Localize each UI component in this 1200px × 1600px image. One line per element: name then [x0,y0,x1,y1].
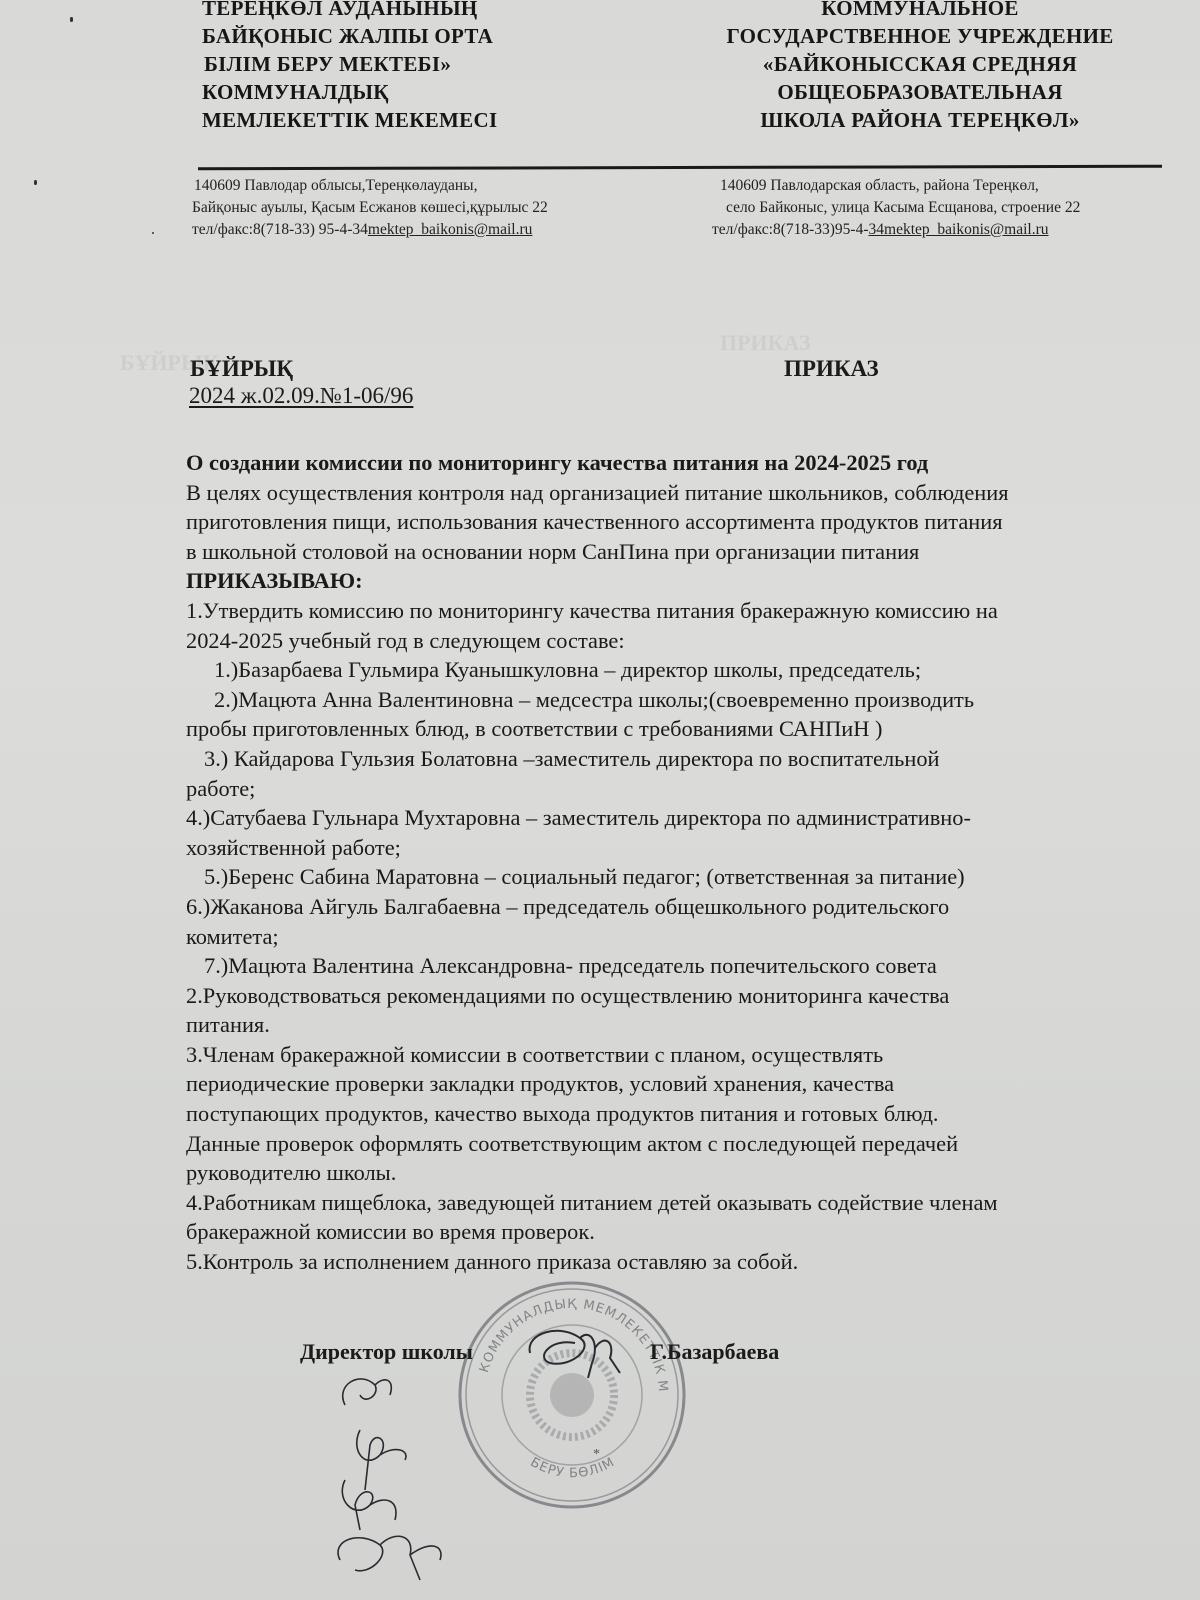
contact-line: тел/факс:8(718-33)95-4-34mektep_baikonis… [712,219,1080,241]
signatory-name: Г.Базарбаева [650,1339,779,1365]
document-page: ПРИКАЗ БҰЙРЫҚ ТЕРЕҢКӨЛ АУДАНЫНЫҢ БАЙҚОНЫ… [0,0,1200,1600]
member-6: 6.)Жаканова Айгуль Балгабаевна – председ… [186,892,1186,922]
header-kz-line: ТЕРЕҢКӨЛ АУДАНЫНЫҢ [202,0,497,22]
order-title-russian: ПРИКАЗ [784,356,879,382]
item-3-line: поступающих продуктов, качество выхода п… [186,1099,1186,1129]
preamble-line: В целях осуществления контроля над орган… [186,478,1186,508]
official-stamp-icon: КОММУНАЛДЫҚ МЕМЛЕКЕТТІК МЕКЕМЕСІ БЕРУ БӨ… [455,1278,690,1513]
preamble-line: в школьной столовой на основании норм Са… [186,537,1186,567]
order-body: О создании комиссии по мониторингу качес… [186,448,1186,1277]
header-ru-line: ГОСУДАРСТВЕННОЕ УЧРЕЖДЕНИЕ [700,22,1140,50]
item-3-line: руководителю школы. [186,1158,1186,1188]
item-3-line: Данные проверок оформлять соответствующи… [186,1129,1186,1159]
order-number: 2024 ж.02.09.№1-06/96 [189,383,413,409]
address-kazakh: 140609 Павлодар облысы,Тереңкөлауданы, Б… [192,175,548,241]
address-russian: 140609 Павлодарская область, района Тере… [712,175,1080,241]
member-4-cont: хозяйственной работе; [186,833,1186,863]
item-1-line: 1.Утвердить комиссию по мониторингу каче… [186,596,1186,626]
address-line: 140609 Павлодар облысы,Тереңкөлауданы, [192,175,548,197]
member-2-cont: пробы приготовленных блюд, в соответстви… [186,714,1186,744]
item-4-line: 4.Работникам пищеблока, заведующей питан… [186,1188,1186,1218]
preamble-line: приготовления пищи, использования качест… [186,507,1186,537]
svg-text:*: * [593,1447,600,1462]
address-line: 140609 Павлодарская область, района Тере… [712,175,1080,197]
svg-text:БЕРУ БӨЛІМ: БЕРУ БӨЛІМ [528,1455,618,1481]
header-kz-line: КОММУНАЛДЫҚ [202,78,497,106]
item-2-line: питания. [186,1010,1186,1040]
header-kz-line: МЕМЛЕКЕТТІК МЕКЕМЕСІ [202,106,497,134]
item-2-line: 2.Руководствоваться рекомендациями по ос… [186,981,1186,1011]
header-kz-line: БІЛІМ БЕРУ МЕКТЕБІ» [202,50,497,78]
member-7: 7.)Мацюта Валентина Александровна- предс… [186,951,1186,981]
order-subject: О создании комиссии по мониторингу качес… [186,448,1186,478]
header-divider [198,165,1162,171]
header-kazakh: ТЕРЕҢКӨЛ АУДАНЫНЫҢ БАЙҚОНЫС ЖАЛПЫ ОРТА Б… [202,0,497,134]
phone-fax: тел/факс:8(718-33)95-4- [712,221,869,238]
paper-speck [152,232,154,234]
member-3: 3.) Кайдарова Гульзия Болатовна –замести… [186,744,1186,774]
paper-speck [34,180,37,185]
bleed-through-text: ПРИКАЗ [720,330,811,356]
header-ru-line: КОММУНАЛЬНОЕ [700,0,1140,22]
member-4: 4.)Сатубаева Гульнара Мухтаровна – замес… [186,803,1186,833]
header-kz-line: БАЙҚОНЫС ЖАЛПЫ ОРТА [202,22,497,50]
member-2: 2.)Мацюта Анна Валентиновна – медсестра … [186,685,1186,715]
address-line: село Байконыс, улица Касыма Есщанова, ст… [712,197,1080,219]
email-link[interactable]: 34mektep_baikonis@mail.ru [869,221,1049,238]
item-1-line: 2024-2025 учебный год в следующем состав… [186,626,1186,656]
item-3-line: периодические проверки закладки продукто… [186,1069,1186,1099]
member-3-cont: работе; [186,774,1186,804]
paper-speck [70,17,73,22]
header-ru-line: «БАЙКОНЫССКАЯ СРЕДНЯЯ [700,50,1140,78]
item-4-line: бракеражной комиссии во время проверок. [186,1217,1186,1247]
phone-fax: тел/факс:8(718-33) 95-4-34 [192,221,368,238]
order-title-kazakh: БҰЙРЫҚ [190,356,293,382]
item-3-line: 3.Членам бракеражной комиссии в соответс… [186,1040,1186,1070]
member-6-cont: комитета; [186,922,1186,952]
member-signatures-icon [320,1360,480,1600]
member-1: 1.)Базарбаева Гульмира Куанышкуловна – д… [186,655,1186,685]
director-signature-icon [520,1318,630,1388]
email-link[interactable]: mektep_baikonis@mail.ru [368,221,533,238]
header-russian: КОММУНАЛЬНОЕ ГОСУДАРСТВЕННОЕ УЧРЕЖДЕНИЕ … [700,0,1140,134]
address-line: Байқоныс ауылы, Қасым Есжанов көшесі,құр… [192,197,548,219]
order-directive: ПРИКАЗЫВАЮ: [186,566,1186,596]
header-ru-line: ОБЩЕОБРАЗОВАТЕЛЬНАЯ [700,78,1140,106]
member-5: 5.)Беренс Сабина Маратовна – социальный … [186,862,1186,892]
header-ru-line: ШКОЛА РАЙОНА ТЕРЕҢКӨЛ» [700,106,1140,134]
item-5-line: 5.Контроль за исполнением данного приказ… [186,1247,1186,1277]
contact-line: тел/факс:8(718-33) 95-4-34mektep_baikoni… [192,219,548,241]
